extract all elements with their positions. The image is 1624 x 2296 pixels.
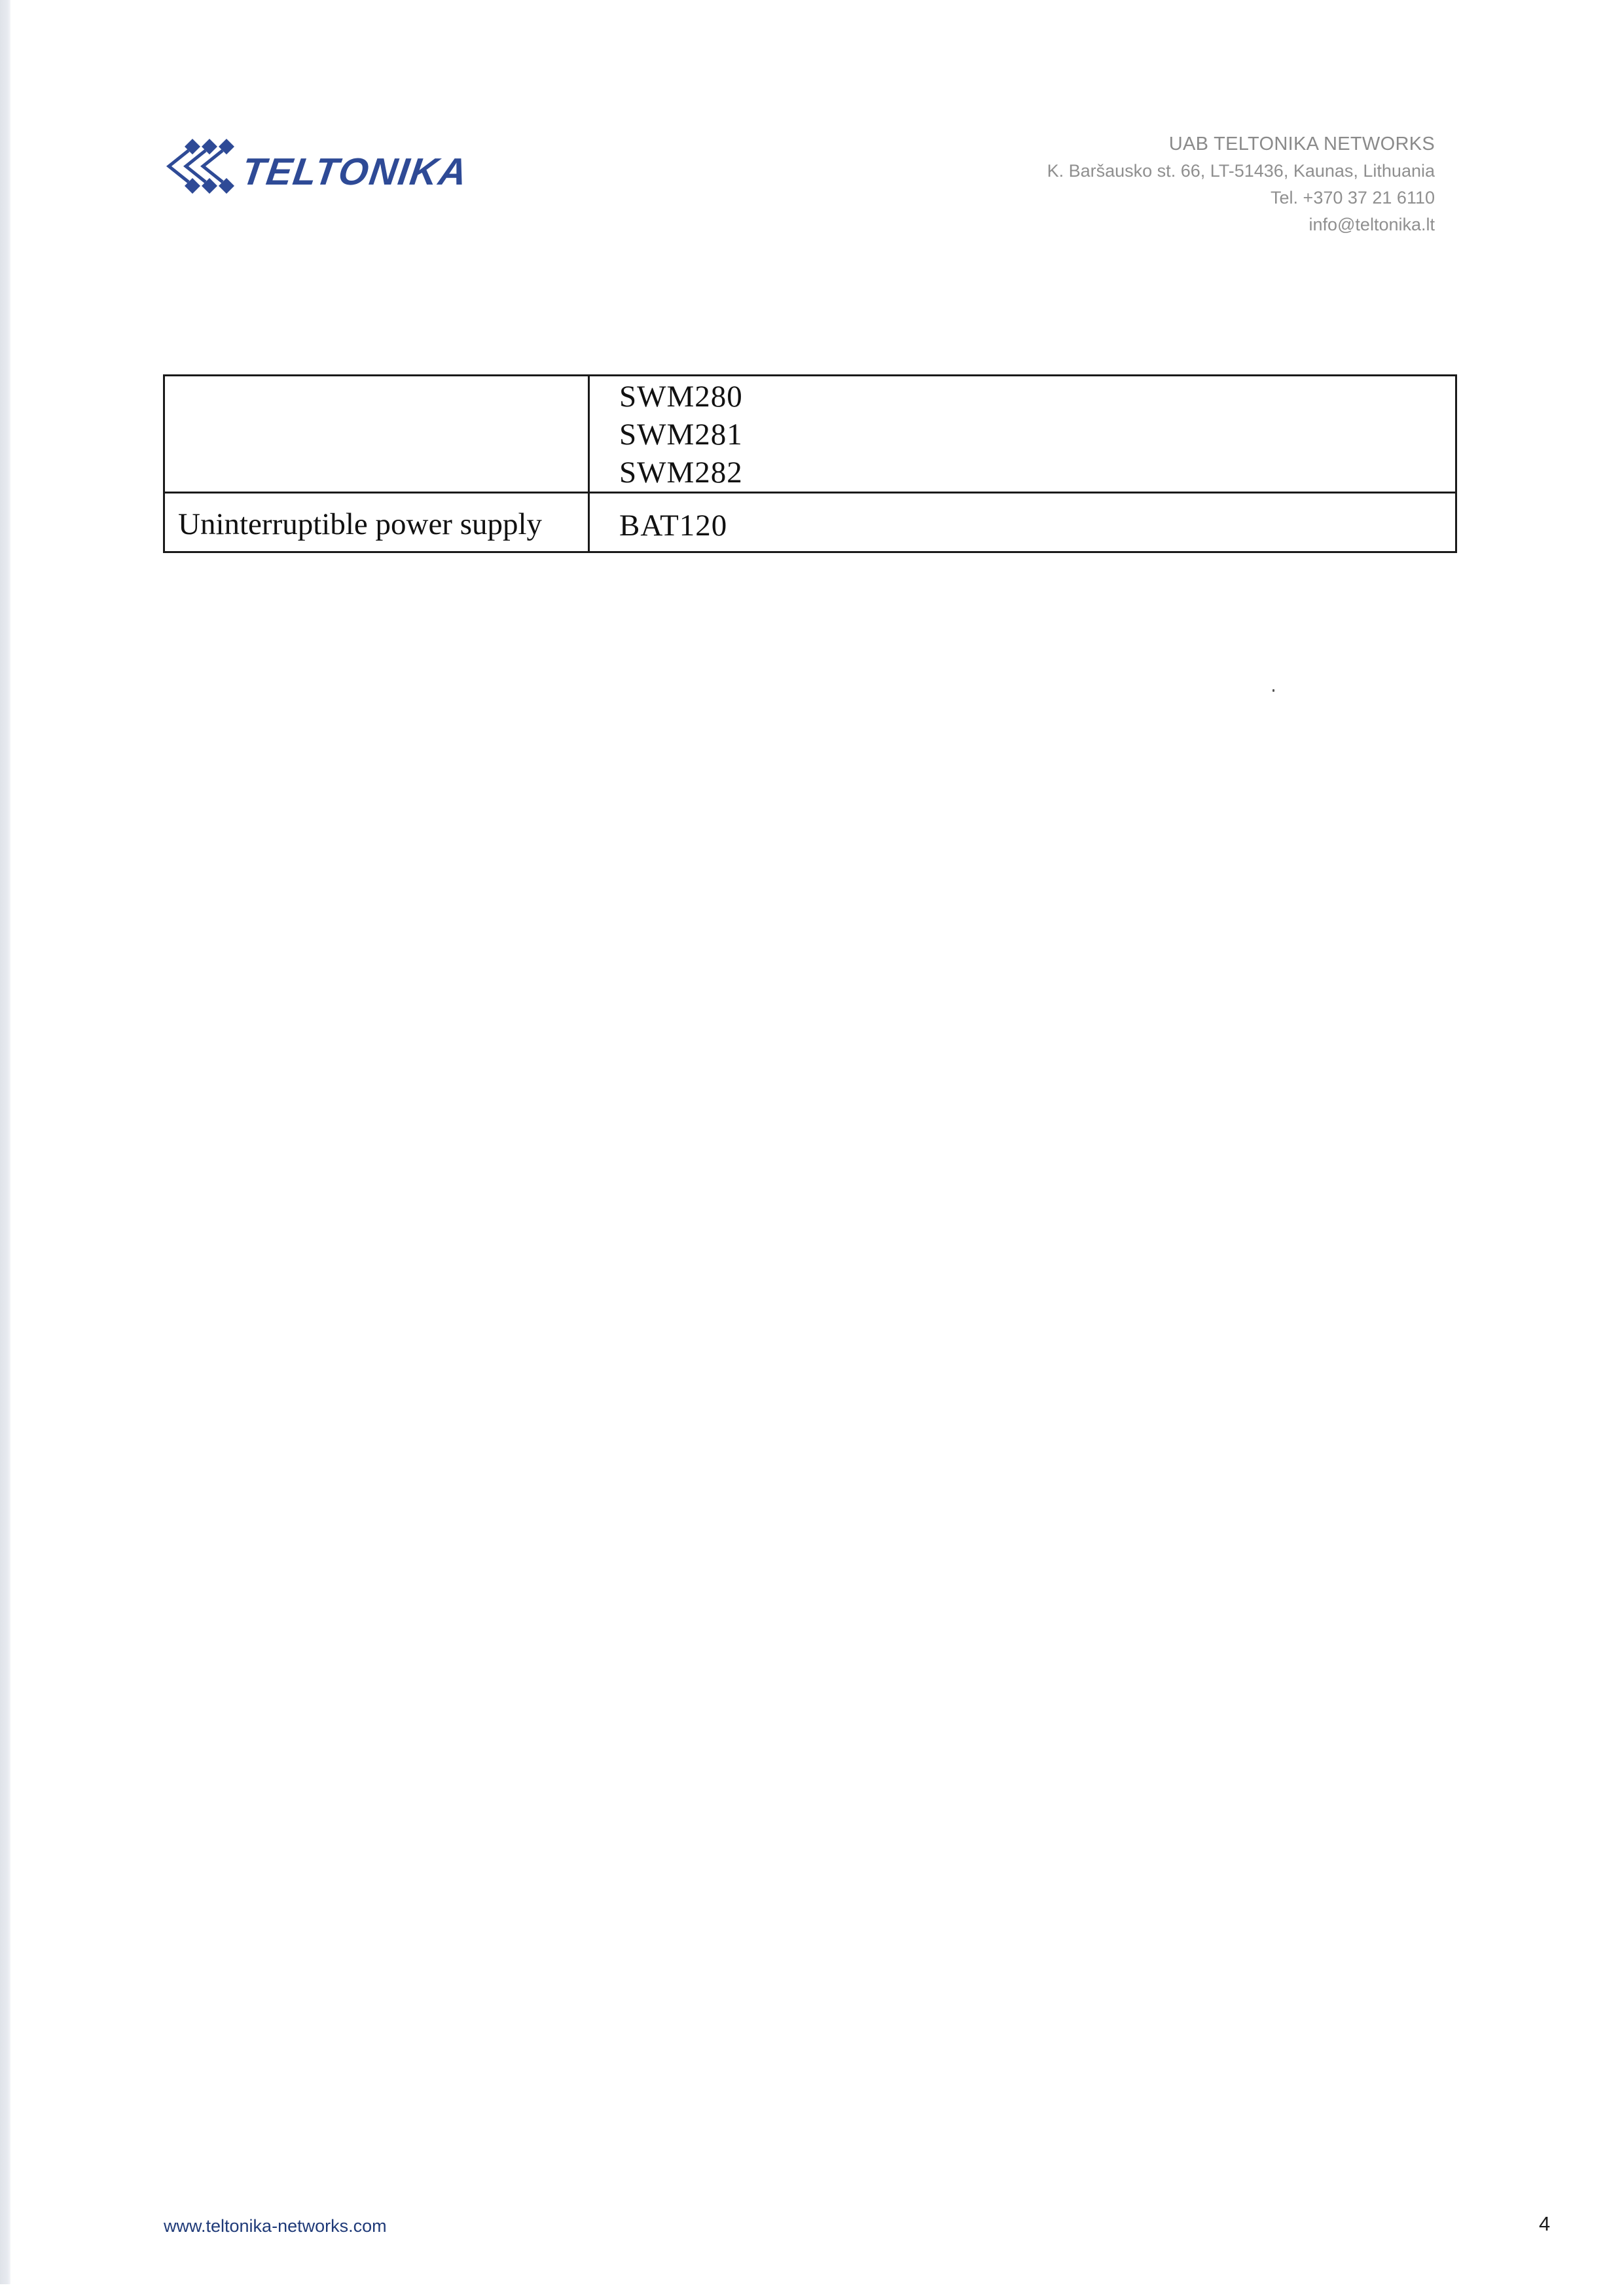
model-item: SWM280: [619, 378, 1455, 416]
company-phone: Tel. +370 37 21 6110: [1047, 185, 1435, 211]
table-row: SWM280 SWM281 SWM282: [164, 376, 1456, 493]
model-item: BAT120: [590, 493, 1455, 543]
scan-speck: [1272, 689, 1274, 692]
company-address: K. Baršausko st. 66, LT-51436, Kaunas, L…: [1047, 158, 1435, 185]
company-name: UAB TELTONIKA NETWORKS: [1047, 131, 1435, 158]
category-cell: Uninterruptible power supply: [164, 493, 589, 552]
category-cell: [164, 376, 589, 493]
models-cell: BAT120: [589, 493, 1456, 552]
table-row: Uninterruptible power supply BAT120: [164, 493, 1456, 552]
company-email: info@teltonika.lt: [1047, 211, 1435, 238]
company-logo: TELTONIKA: [162, 131, 468, 202]
product-table: SWM280 SWM281 SWM282 Uninterruptible pow…: [163, 374, 1457, 553]
scan-edge-shadow: [0, 0, 10, 2284]
teltonika-diamond-chevron-logo-icon: [162, 131, 240, 202]
model-item: SWM281: [619, 416, 1455, 454]
models-cell: SWM280 SWM281 SWM282: [589, 376, 1456, 493]
company-contact-block: UAB TELTONIKA NETWORKS K. Baršausko st. …: [1047, 131, 1435, 238]
category-label: Uninterruptible power supply: [165, 493, 588, 542]
model-item: SWM282: [619, 454, 1455, 492]
page-number: 4: [1539, 2212, 1550, 2236]
footer-website-link[interactable]: www.teltonika-networks.com: [164, 2216, 387, 2236]
model-list: SWM280 SWM281 SWM282: [590, 376, 1455, 492]
category-label: [165, 376, 588, 389]
logo-wordmark: TELTONIKA: [239, 150, 471, 194]
document-page: TELTONIKA UAB TELTONIKA NETWORKS K. Barš…: [0, 0, 1624, 2296]
